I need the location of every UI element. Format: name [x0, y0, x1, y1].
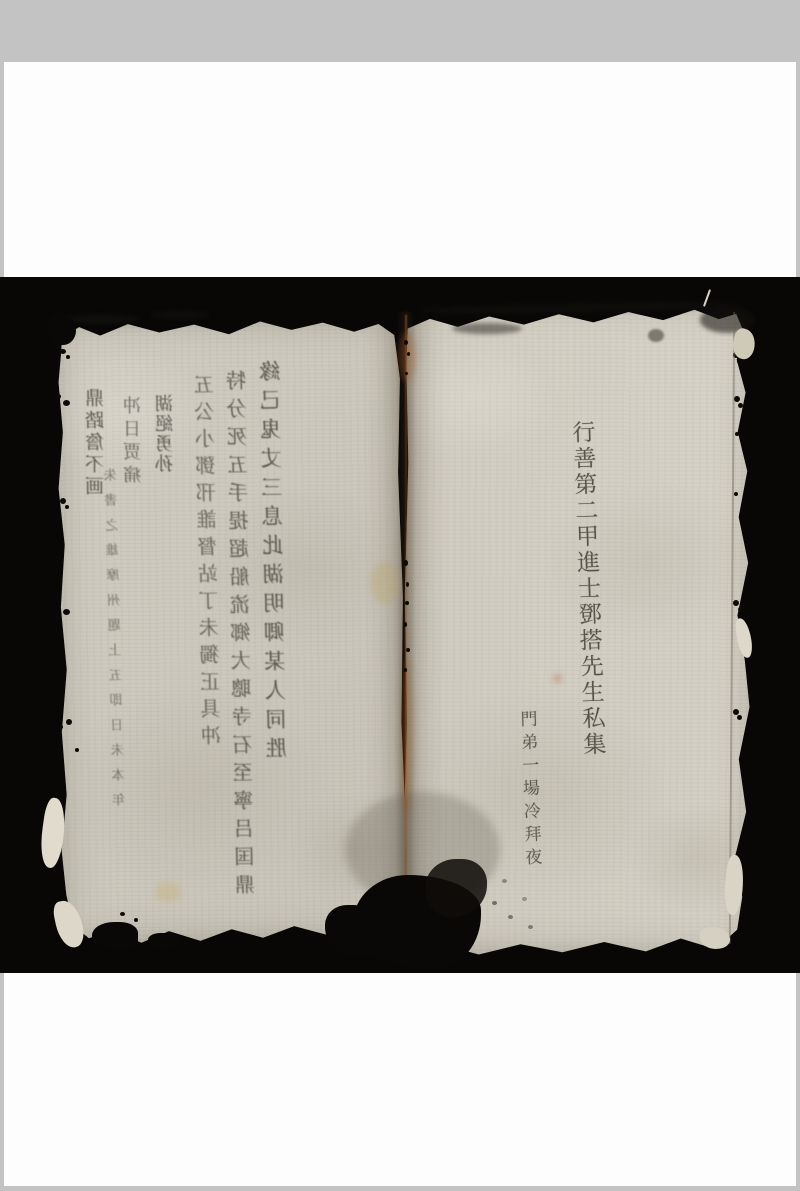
stitch-dot: [733, 600, 739, 606]
stitch-dot: [734, 492, 738, 496]
spine-speck: [404, 340, 408, 345]
stitch-dot: [738, 607, 743, 612]
ink-spot: [65, 505, 69, 509]
soot-smudge: [648, 329, 664, 342]
spine-speck: [404, 668, 407, 672]
spine-speck: [406, 582, 409, 587]
ink-blot: [48, 313, 76, 345]
spine-speck: [404, 622, 407, 627]
stitch-dot: [737, 359, 742, 364]
ink-spot: [59, 725, 63, 729]
stitch-dot: [738, 403, 743, 408]
ink-blot: [325, 905, 383, 957]
manuscript-photo: 行善第二甲進士鄧搭先生私集 門弟一場冷拜夜 緣己鬼丈三息此湖明卿某人同胜 特分死…: [0, 277, 800, 973]
bleed-column: 冲日贾痛: [121, 396, 147, 491]
ink-blot: [228, 937, 248, 948]
ink-blot: [92, 922, 138, 950]
damp-stain: [155, 882, 181, 902]
ink-spot: [120, 912, 125, 916]
spine-speck: [406, 648, 410, 652]
spine-speck: [405, 601, 409, 605]
stitch-dot: [734, 396, 740, 402]
ink-spot: [66, 355, 70, 359]
spine-speck: [407, 352, 410, 356]
ink-spot: [60, 498, 66, 504]
rust-stain: [553, 674, 562, 683]
ink-spot: [56, 615, 60, 619]
ink-speckle: [478, 885, 483, 889]
soot-smudge: [150, 311, 210, 319]
damp-stain: [370, 562, 400, 604]
ink-spot: [134, 918, 138, 922]
bottom-white-margin: [4, 973, 796, 1186]
soot-smudge: [452, 323, 522, 334]
ink-spot: [75, 748, 79, 752]
bleed-column: 鼎踏詹不画: [82, 388, 109, 500]
spine-speck: [405, 372, 408, 375]
bleed-column: 湖絕勇孙: [153, 394, 179, 476]
stitch-dot: [737, 715, 742, 720]
stitch-dot: [735, 432, 739, 436]
ink-spot: [56, 394, 61, 399]
ink-spot: [63, 400, 70, 406]
scanned-manuscript-view: 行善第二甲進士鄧搭先生私集 門弟一場冷拜夜 緣己鬼丈三息此湖明卿某人同胜 特分死…: [0, 0, 800, 1191]
ink-spot: [60, 349, 66, 354]
spine-speck: [404, 560, 408, 566]
ink-spot: [66, 719, 72, 725]
ink-spot: [63, 609, 70, 615]
top-white-margin: [4, 62, 796, 277]
ink-blot: [148, 933, 180, 950]
